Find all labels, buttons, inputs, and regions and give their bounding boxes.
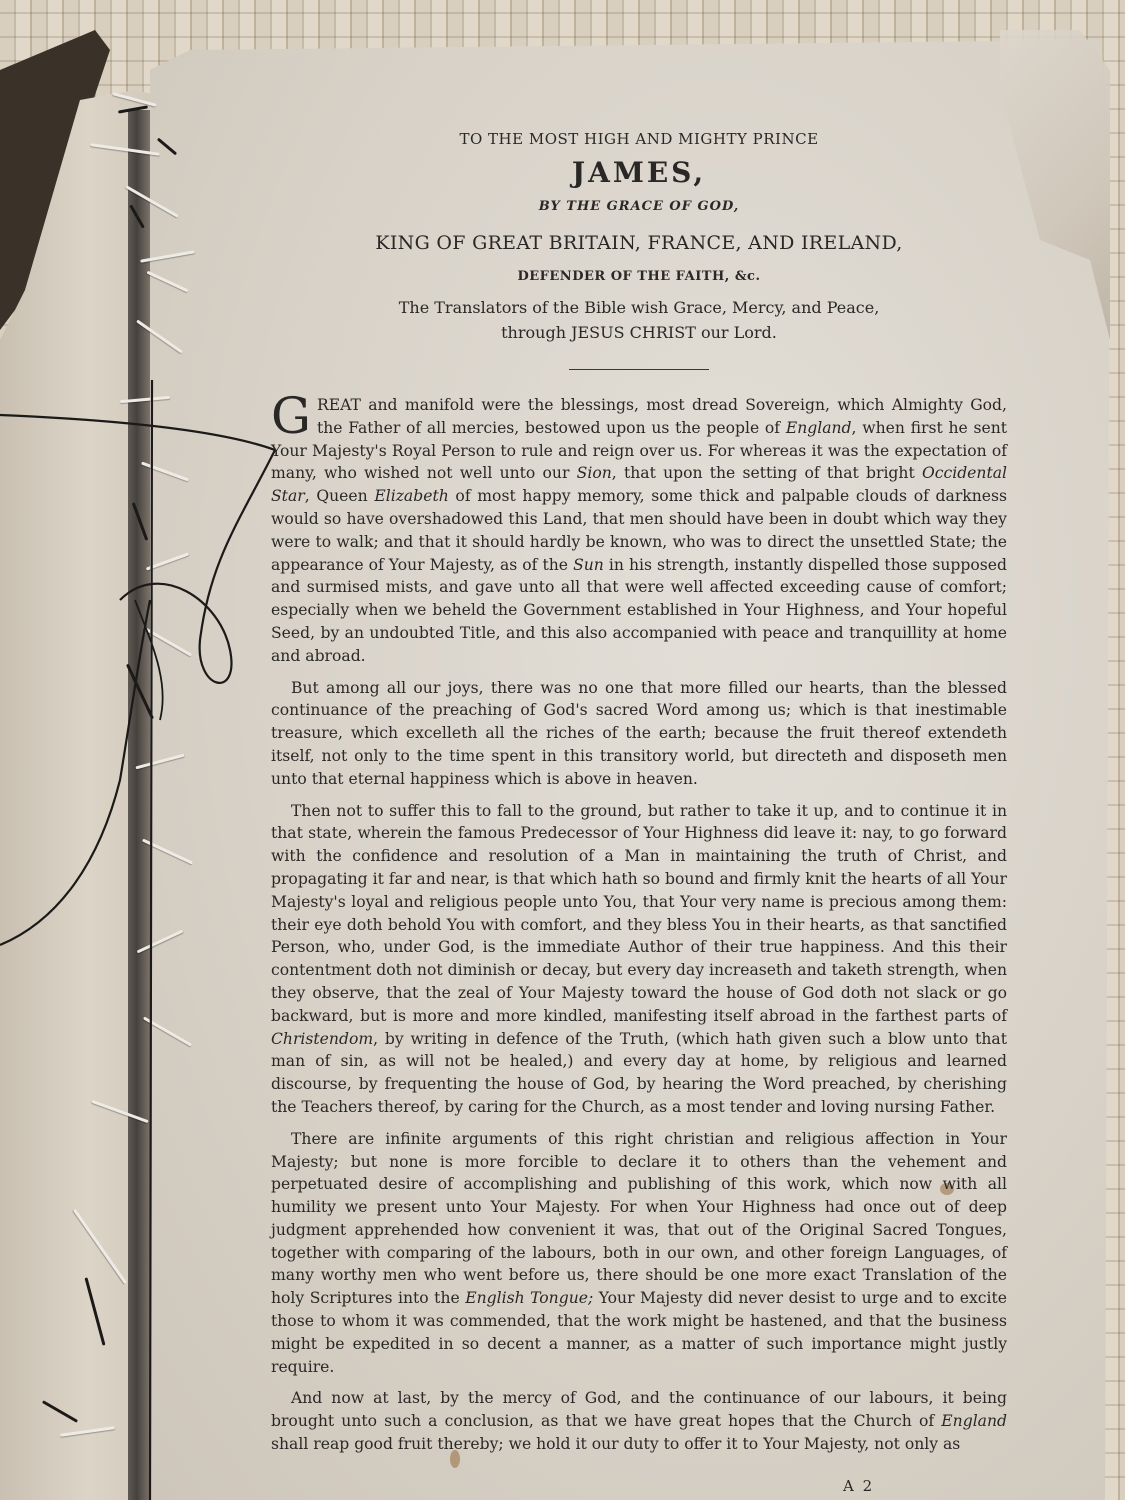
body-paragraph: Then not to suffer this to fall to the g… (271, 800, 1007, 1119)
king-title: KING OF GREAT BRITAIN, FRANCE, AND IRELA… (271, 232, 1007, 254)
drop-cap: G (271, 396, 311, 436)
king-name: JAMES, (271, 156, 1007, 189)
body-paragraph: There are infinite arguments of this rig… (271, 1128, 1007, 1379)
grace-line: BY THE GRACE OF GOD, (271, 199, 1007, 214)
body-paragraph: But among all our joys, there was no one… (271, 677, 1007, 791)
dedication-line: TO THE MOST HIGH AND MIGHTY PRINCE (271, 130, 1007, 148)
body-paragraph: GREAT and manifold were the blessings, m… (271, 394, 1007, 668)
signature-mark: A 2 (843, 1477, 874, 1495)
greeting-line-2: through JESUS CHRIST our Lord. (271, 323, 1007, 342)
book-spine-gutter (128, 110, 150, 1500)
defender-line: DEFENDER OF THE FAITH, &c. (271, 269, 1007, 284)
greeting-line-1: The Translators of the Bible wish Grace,… (271, 298, 1007, 317)
dedication-body: GREAT and manifold were the blessings, m… (271, 394, 1007, 1465)
section-divider-rule (569, 369, 709, 370)
body-paragraph: And now at last, by the mercy of God, an… (271, 1387, 1007, 1455)
